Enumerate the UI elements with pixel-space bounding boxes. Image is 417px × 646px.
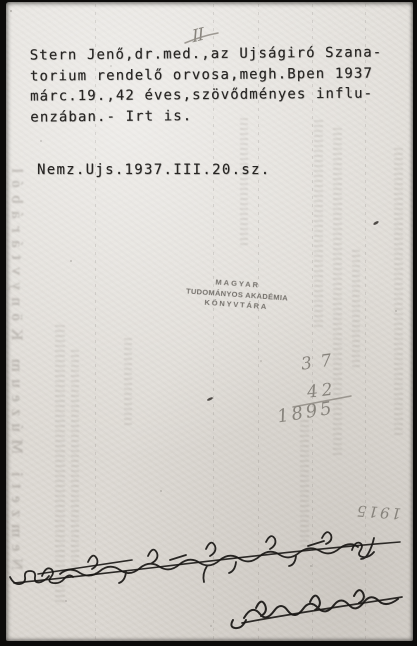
bleedthrough-column xyxy=(124,338,132,428)
typed-note: Stern Jenő,dr.med.,az Ujságiró Szana- to… xyxy=(30,42,383,127)
source-citation: Nemz.Ujs.1937.III.20.sz. xyxy=(37,162,271,178)
ink-signature xyxy=(231,590,398,628)
library-stamp: MAGYAR TUDOMÁNYOS AKADÉMIA KÖNYVTÁRA xyxy=(175,275,299,315)
bleedthrough-column xyxy=(352,250,360,370)
bleedthrough-column xyxy=(394,148,403,438)
bleedthrough-column xyxy=(55,325,65,605)
typed-line: Stern Jenő,dr.med.,az Ujságiró Szana- xyxy=(30,42,383,66)
pencil-number-1895: 1895 xyxy=(276,398,336,428)
paper-specks xyxy=(10,10,12,12)
bleedthrough-column xyxy=(240,118,248,248)
signature-underline xyxy=(242,597,402,623)
typed-line: enzában.- Irt is. xyxy=(30,104,383,128)
card-content: Nemzeti Múzeum Könyvtárából Stern Jenő,d… xyxy=(0,0,417,646)
bleedthrough-left-text: Nemzeti Múzeum Könyvtárából xyxy=(1,92,25,570)
typed-line: márc.19.,42 éves,szövődményes influ- xyxy=(30,83,383,107)
bleedthrough-column xyxy=(314,120,323,330)
bleedthrough-column xyxy=(300,420,309,550)
pencil-year-1915: 1915 xyxy=(354,501,401,522)
bleedthrough-column xyxy=(71,350,79,580)
pencil-roman-numeral: II xyxy=(191,25,204,48)
